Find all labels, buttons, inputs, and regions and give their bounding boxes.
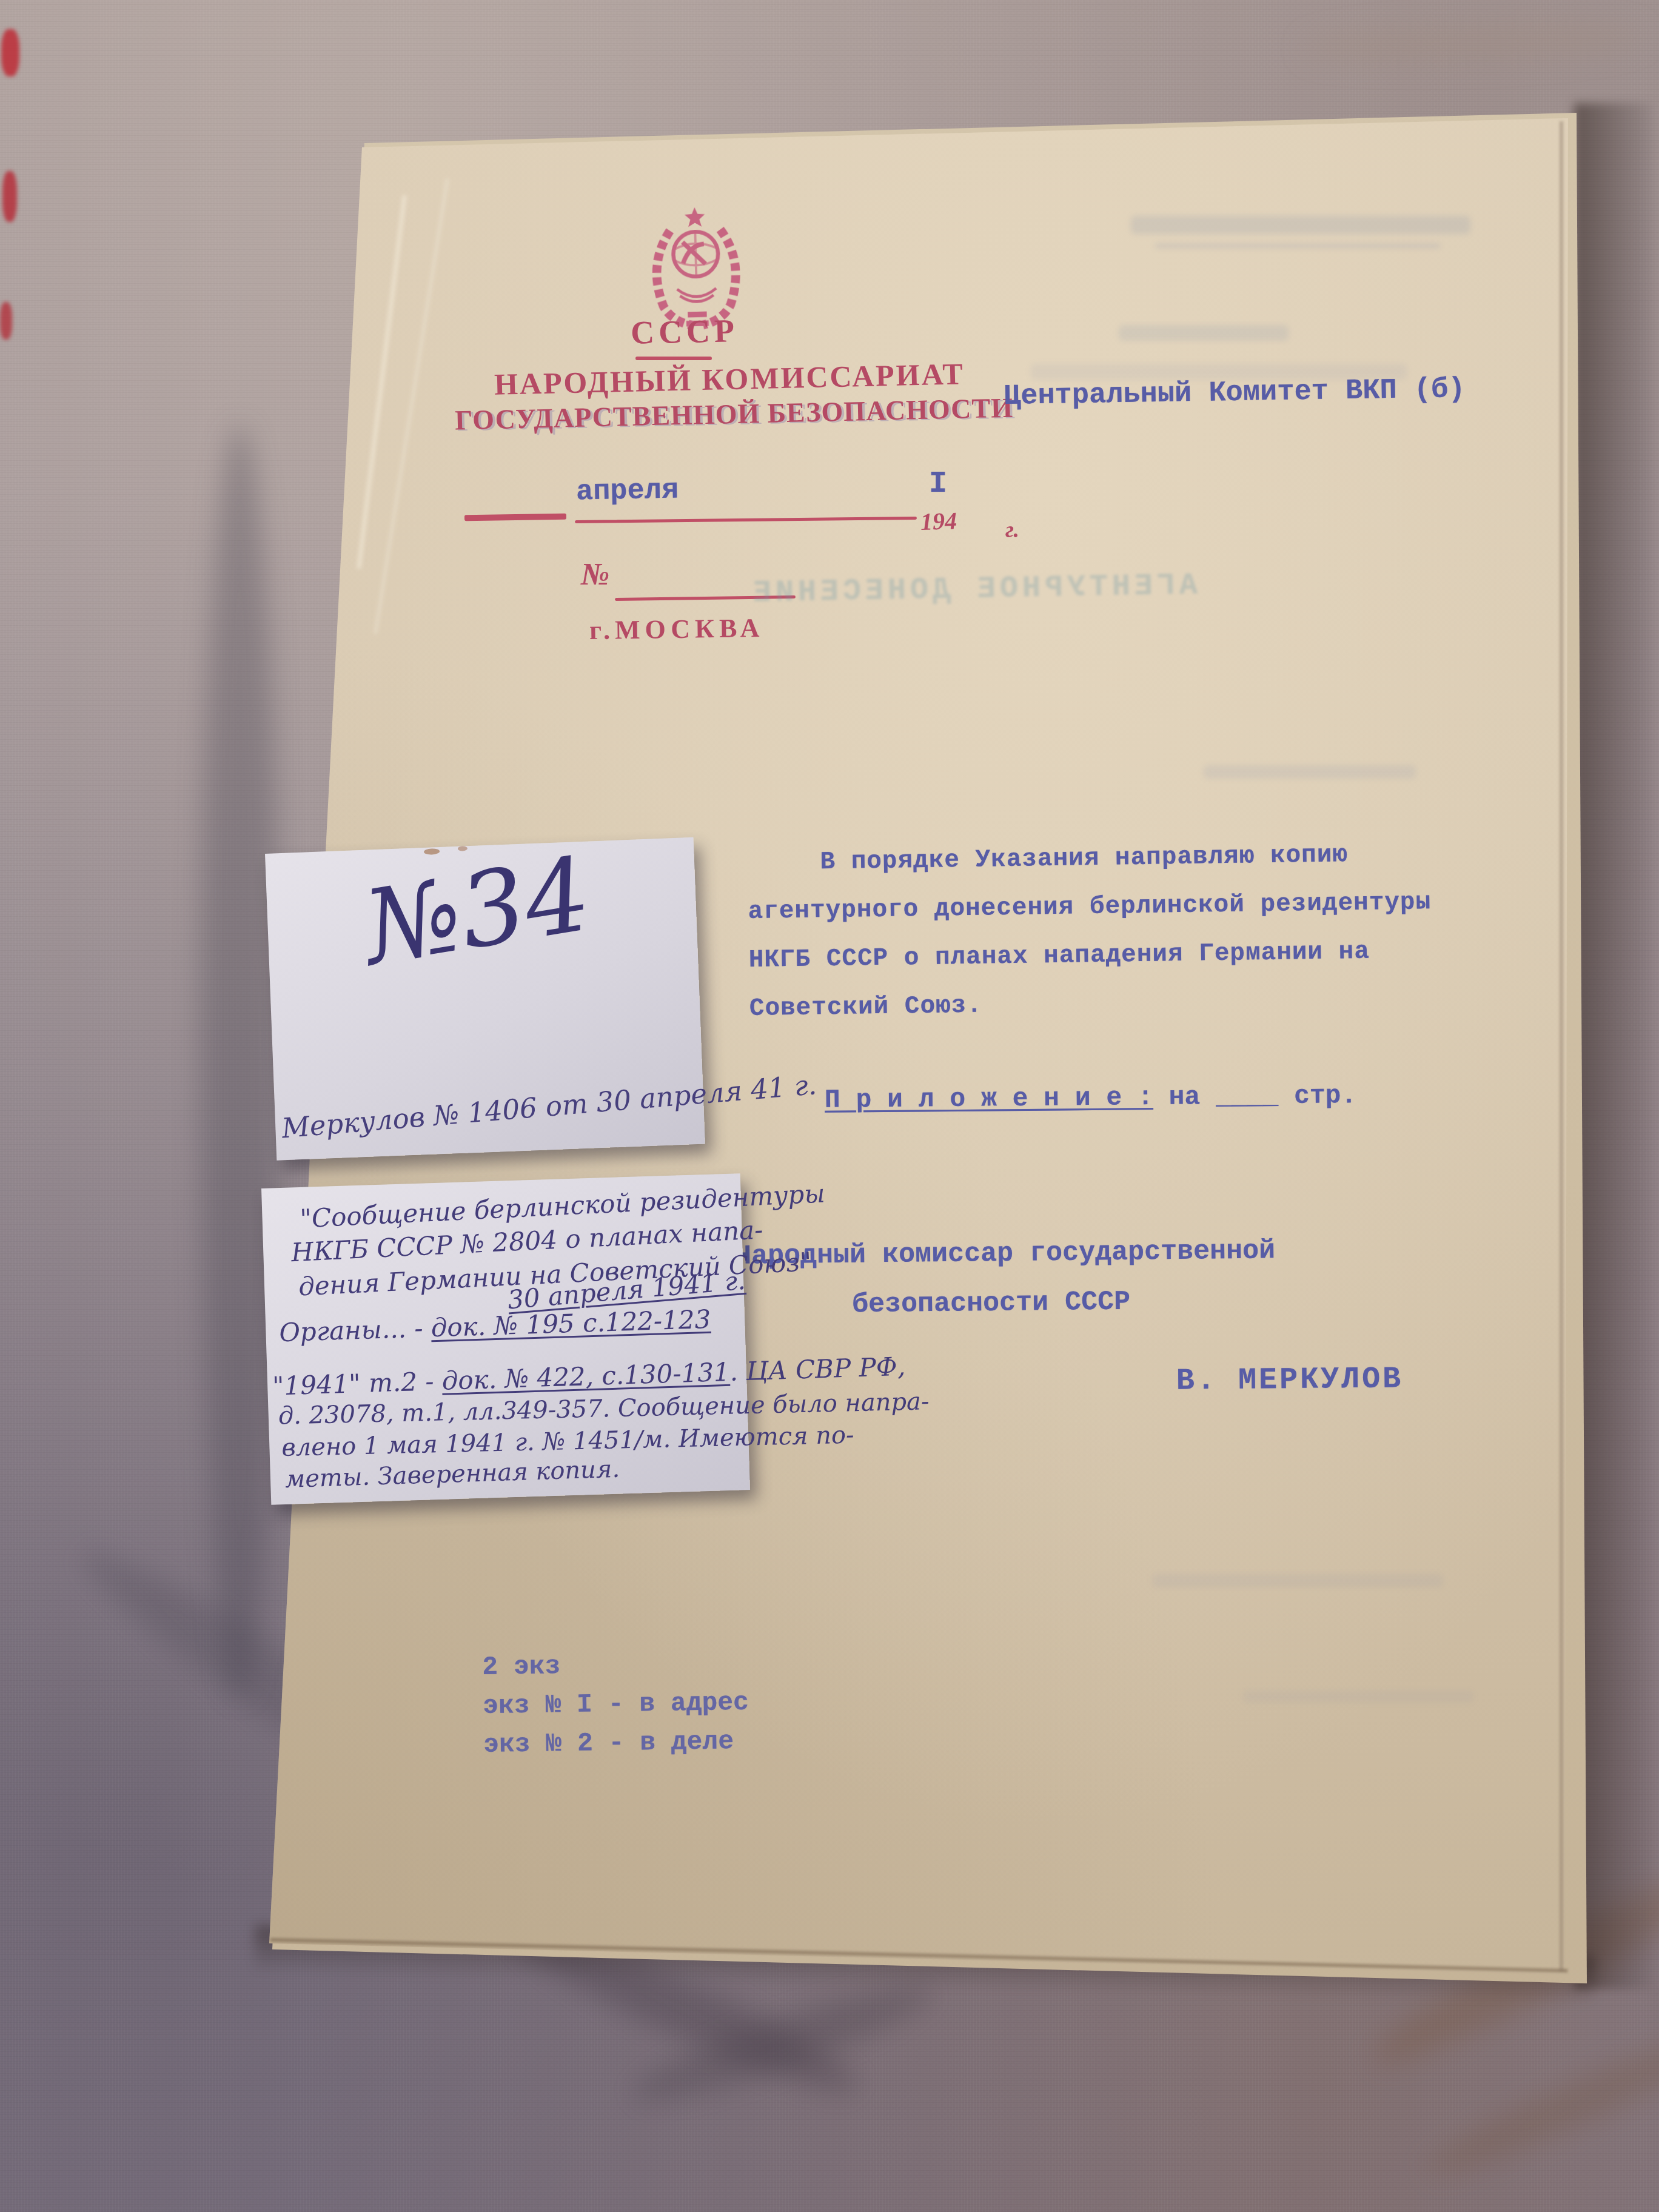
document-left-shadow <box>200 424 279 1698</box>
photo-of-nkgb-document: СССР НАРОДНЫЙ КОМИССАРИАТ ГОСУДАРСТВЕННО… <box>0 0 1659 2212</box>
note-card-number: №34 <box>357 834 598 988</box>
document-right-shadow <box>1574 103 1653 1989</box>
annotation-line: меты. Заверенная копия. <box>284 1455 620 1493</box>
copies-line: экз № I - в адрес <box>483 1683 749 1726</box>
letterhead-country-underline <box>635 357 712 360</box>
annotation-line: Органы... - док. № 195 с.122-123 <box>279 1304 711 1347</box>
city-line: г.МОСКВА <box>589 612 765 646</box>
rust-stain <box>458 846 468 851</box>
copies-line: 2 экз <box>482 1644 749 1687</box>
signatory-name: В. МЕРКУЛОВ <box>1176 1362 1404 1398</box>
red-smudge <box>1 29 19 76</box>
body-line: НКГБ СССР о планах нападения Германии на <box>748 927 1432 985</box>
red-smudge <box>0 302 12 340</box>
body-paragraph: В порядке Указания направляю копию агент… <box>747 829 1433 1033</box>
ghost-bleed-line <box>1131 216 1470 234</box>
ghost-bleed-line <box>1152 1574 1443 1587</box>
paper-right-edge <box>1560 121 1563 1971</box>
signature-title-line1: Народный комиссар государственной <box>735 1235 1276 1272</box>
date-typed-digit: I <box>929 467 947 501</box>
copies-note: 2 экз экз № I - в адрес экз № 2 - в деле <box>482 1644 749 1765</box>
ghost-bleed-line <box>1031 364 1407 380</box>
attachment-line: П р и л о ж е н и е : на ____ стр. <box>825 1081 1357 1115</box>
red-smudge <box>2 171 17 222</box>
letterhead-country: СССР <box>630 312 739 352</box>
date-month: апреля <box>576 475 679 509</box>
attachment-rest: на ____ стр. <box>1168 1081 1356 1112</box>
ghost-bleed-line <box>1155 244 1440 248</box>
body-line: Советский Союз. <box>749 975 1433 1033</box>
ghost-bleed-line <box>1119 325 1289 341</box>
rust-stain <box>424 848 440 855</box>
number-sign: № <box>581 557 610 592</box>
copies-line: экз № 2 - в деле <box>483 1722 750 1765</box>
signature-title-line2: безопасности СССР <box>852 1287 1131 1321</box>
ghost-bleed-line <box>1243 1691 1473 1703</box>
ghost-bleed-line <box>1204 765 1416 779</box>
attachment-label: П р и л о ж е н и е : <box>825 1082 1153 1115</box>
note-card-top: №34 Меркулов № 1406 от 30 апреля 41 г. <box>265 837 705 1161</box>
date-year-printed: 194 <box>920 506 957 536</box>
note-card-bottom: "Сообщение берлинской резидентуры НКГБ С… <box>261 1173 750 1505</box>
date-year-suffix: г. <box>1005 517 1019 543</box>
